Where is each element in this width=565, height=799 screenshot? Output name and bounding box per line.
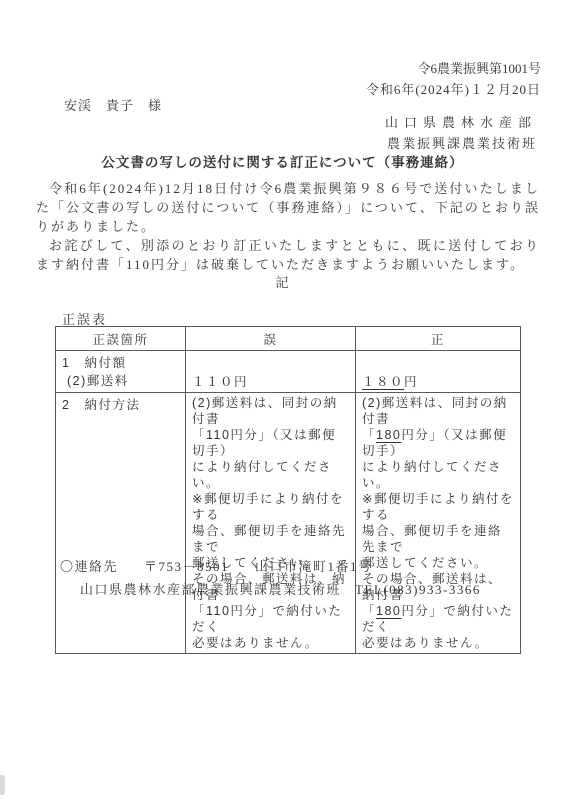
column-header-correct: 正: [356, 327, 521, 351]
row2-wrong-cell: (2)郵送料は、同封の納付書 「110円分」（又は郵便切手） により納付してくだ…: [186, 393, 356, 654]
contact-address: 山口市滝町1番1号: [255, 559, 373, 574]
document-body: 令和6年(2024年)12月18日付け令6農業振興第９８６号で送付いたしました「…: [36, 179, 540, 274]
contact-line: 〇連絡先〒753－8501山口市滝町1番1号: [60, 556, 373, 575]
document-header-right: 令6農業振興第1001号 令和6年(2024年)１２月20日: [366, 58, 541, 100]
row1-correct-cell: １８０円: [356, 351, 521, 393]
doc-number: 令6農業振興第1001号: [366, 58, 541, 79]
table-row: 1 納付額 (2)郵送料 １１０円 １８０円: [56, 351, 521, 393]
doc-date: 令和6年(2024年)１２月20日: [366, 79, 541, 100]
contact-org-line: 山口県農林水産部農業振興課農業技術班TEL(083)933-3366: [80, 579, 481, 598]
contact-label: 〇連絡先: [60, 559, 118, 574]
ki-marker: 記: [0, 272, 565, 291]
table-header-row: 正誤箇所 誤 正: [56, 327, 521, 351]
column-header-location: 正誤箇所: [56, 327, 186, 351]
contact-organization: 山口県農林水産部農業振興課農業技術班: [80, 582, 341, 597]
row1-wrong-cell: １１０円: [186, 351, 356, 393]
row1-item-cell: 1 納付額 (2)郵送料: [56, 351, 186, 393]
column-header-wrong: 誤: [186, 327, 356, 351]
sender-organization: 山口県農林水産部: [385, 112, 537, 133]
contact-tel: TEL(083)933-3366: [355, 582, 481, 597]
row2-item-cell: 2 納付方法: [56, 393, 186, 654]
body-paragraph-2: お詫びして、別添のとおり訂正いたしますとともに、既に送付しております納付書「11…: [36, 236, 540, 274]
document-title: 公文書の写しの送付に関する訂正について（事務連絡）: [0, 151, 565, 171]
recipient-name: 安渓 貴子 様: [64, 95, 162, 114]
sender-block: 山口県農林水産部 農業振興課農業技術班: [385, 112, 537, 154]
row2-correct-cell: (2)郵送料は、同封の納付書 「180円分」（又は郵便切手） により納付してくだ…: [356, 393, 521, 654]
scan-artifact: [0, 775, 5, 795]
correction-table: 正誤箇所 誤 正 1 納付額 (2)郵送料 １１０円 １８０円 2 納付方法 (…: [55, 326, 521, 654]
postal-code: 〒753－8501: [144, 559, 229, 574]
body-paragraph-1: 令和6年(2024年)12月18日付け令6農業振興第９８６号で送付いたしました「…: [36, 179, 540, 236]
table-row: 2 納付方法 (2)郵送料は、同封の納付書 「110円分」（又は郵便切手） によ…: [56, 393, 521, 654]
document-page: 令6農業振興第1001号 令和6年(2024年)１２月20日 安渓 貴子 様 山…: [0, 0, 565, 799]
